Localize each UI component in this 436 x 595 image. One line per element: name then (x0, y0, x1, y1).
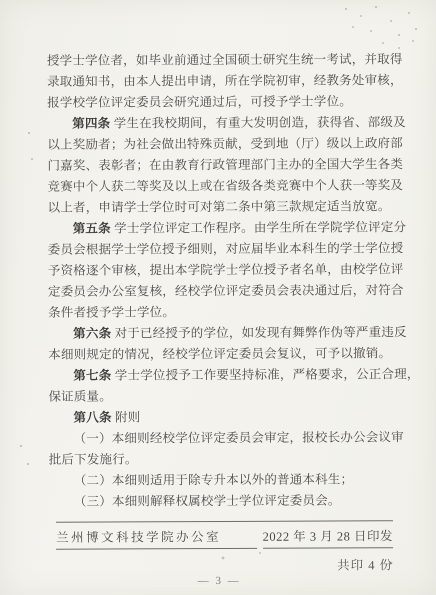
text-line-content: 定委员会办公室复核，经校学位评定委员会表决通过后，对符合 (48, 283, 404, 299)
text-line-content: 条件者授予学士学位。 (48, 305, 175, 320)
article-heading: 第四条 (72, 116, 110, 130)
text-line: 以上奖励者；为社会做出特殊贡献，受到地（厅）级以上政府部 (47, 133, 397, 156)
text-line: 批后下发施行。 (49, 448, 399, 471)
document-body: 授学士学位者，如毕业前通过全国硕士研究生统一考试，并取得 录取通知书，由本人提出… (47, 49, 399, 513)
text-line-content: 附则 (112, 410, 141, 424)
article-heading: 第八条 (73, 410, 111, 424)
text-line: 委员会根据学士学位授予细则，对应届毕业本科生的学士学位授 (48, 238, 398, 261)
text-line: 门嘉奖、表彰者；在由教育行政管理部门主办的全国大学生各类 (47, 154, 397, 177)
text-line: 条件者授予学士学位。 (48, 301, 398, 324)
article-heading: 第五条 (73, 221, 111, 235)
text-line-content: 批后下发施行。 (49, 452, 138, 466)
footer-issuer-row: 兰州博文科技学院办公室 2022 年 3 月 28 日印发 (56, 520, 393, 549)
text-line-content: 竞赛中个人获二等奖及以上或在省级各类竞赛中个人获一等奖及 (47, 178, 403, 194)
article-heading: 第六条 (73, 326, 111, 340)
text-line: 以上者，申请学士学位时可对第二条中第三款规定适当放宽。 (48, 196, 398, 219)
page-content: 授学士学位者，如毕业前通过全国硕士研究生统一考试，并取得 录取通知书，由本人提出… (0, 0, 436, 595)
article-heading: 第七条 (73, 368, 111, 382)
text-line: 报学校学位评定委员会研究通过后，可授予学士学位。 (47, 91, 397, 114)
text-line-content: （一）本细则经校学位评定委员会审定，报校长办公会议审 (74, 430, 404, 445)
text-line: 定委员会办公室复核，经校学位评定委员会表决通过后，对符合 (48, 280, 398, 303)
text-line: 第六条 对于已经授予的学位，如发现有舞弊作伪等严重违反 (48, 322, 398, 345)
text-line-content: 报学校学位评定委员会研究通过后，可授予学士学位。 (47, 94, 352, 109)
text-line-content: 授学士学位者，如毕业前通过全国硕士研究生统一考试，并取得 (47, 52, 403, 68)
text-line-content: 予资格逐个审核，提出本学院学士学位授予者名单，由校学位评 (48, 262, 404, 278)
text-line-content: 委员会根据学士学位授予细则，对应届毕业本科生的学士学位授 (48, 241, 404, 257)
text-line-content: 对于已经授予的学位，如发现有舞弊作伪等严重违反 (111, 325, 406, 340)
text-line-content: （二）本细则适用于除专升本以外的普通本科生； (74, 472, 353, 487)
text-line-content: 以上者，申请学士学位时可对第二条中第三款规定适当放宽。 (48, 199, 391, 214)
text-line: 竞赛中个人获二等奖及以上或在省级各类竞赛中个人获一等奖及 (47, 175, 397, 198)
text-line: 保证质量。 (48, 385, 398, 408)
print-date: 2022 年 3 月 28 日印发 (263, 526, 393, 549)
text-line: （二）本细则适用于除专升本以外的普通本科生； (49, 469, 399, 492)
text-line-content: 门嘉奖、表彰者；在由教育行政管理部门主办的全国大学生各类 (47, 157, 403, 173)
text-line-content: 录取通知书，由本人提出申请，所在学院初审，经教务处审核， (47, 73, 403, 89)
scanned-document-page: 授学士学位者，如毕业前通过全国硕士研究生统一考试，并取得 录取通知书，由本人提出… (0, 0, 436, 595)
text-line: 第七条 学士学位授予工作要坚持标准，严格要求，公正合理， (48, 364, 398, 387)
text-line-content: 学士学位授予工作要坚持标准，严格要求，公正合理， (111, 367, 419, 382)
issuing-office: 兰州博文科技学院办公室 (56, 527, 257, 550)
text-line-content: 保证质量。 (48, 389, 112, 403)
text-line: 第四条 学生在我校期间，有重大发明创造，获得省、部级及 (47, 112, 397, 135)
page-number: — 3 — (1, 574, 436, 588)
text-line-content: 本细则规定的情况，经校学位评定委员会复议，可予以撤销。 (48, 346, 391, 361)
text-line-content: 学士学位评定工作程序。由学生所在学院学位评定分 (111, 220, 406, 235)
text-line: 予资格逐个审核，提出本学院学士学位授予者名单，由校学位评 (48, 259, 398, 282)
text-line-content: 学生在我校期间，有重大发明创造，获得省、部级及 (110, 115, 405, 130)
text-line: 录取通知书，由本人提出申请，所在学院初审，经教务处审核， (47, 70, 397, 93)
text-line-content: （三）本细则解释权属校学士学位评定委员会。 (74, 493, 341, 508)
text-line: （一）本细则经校学位评定委员会审定，报校长办公会议审 (49, 427, 399, 450)
document-footer: 兰州博文科技学院办公室 2022 年 3 月 28 日印发 共印 4 份 (56, 520, 393, 574)
copies-count: 共印 4 份 (56, 555, 393, 574)
text-line-content: 以上奖励者；为社会做出特殊贡献，受到地（厅）级以上政府部 (47, 136, 403, 152)
text-line: 授学士学位者，如毕业前通过全国硕士研究生统一考试，并取得 (47, 49, 397, 72)
text-line: 第五条 学士学位评定工作程序。由学生所在学院学位评定分 (48, 217, 398, 240)
text-line: 本细则规定的情况，经校学位评定委员会复议，可予以撤销。 (48, 343, 398, 366)
text-line: 第八条 附则 (48, 406, 398, 429)
text-line: （三）本细则解释权属校学士学位评定委员会。 (49, 490, 399, 513)
